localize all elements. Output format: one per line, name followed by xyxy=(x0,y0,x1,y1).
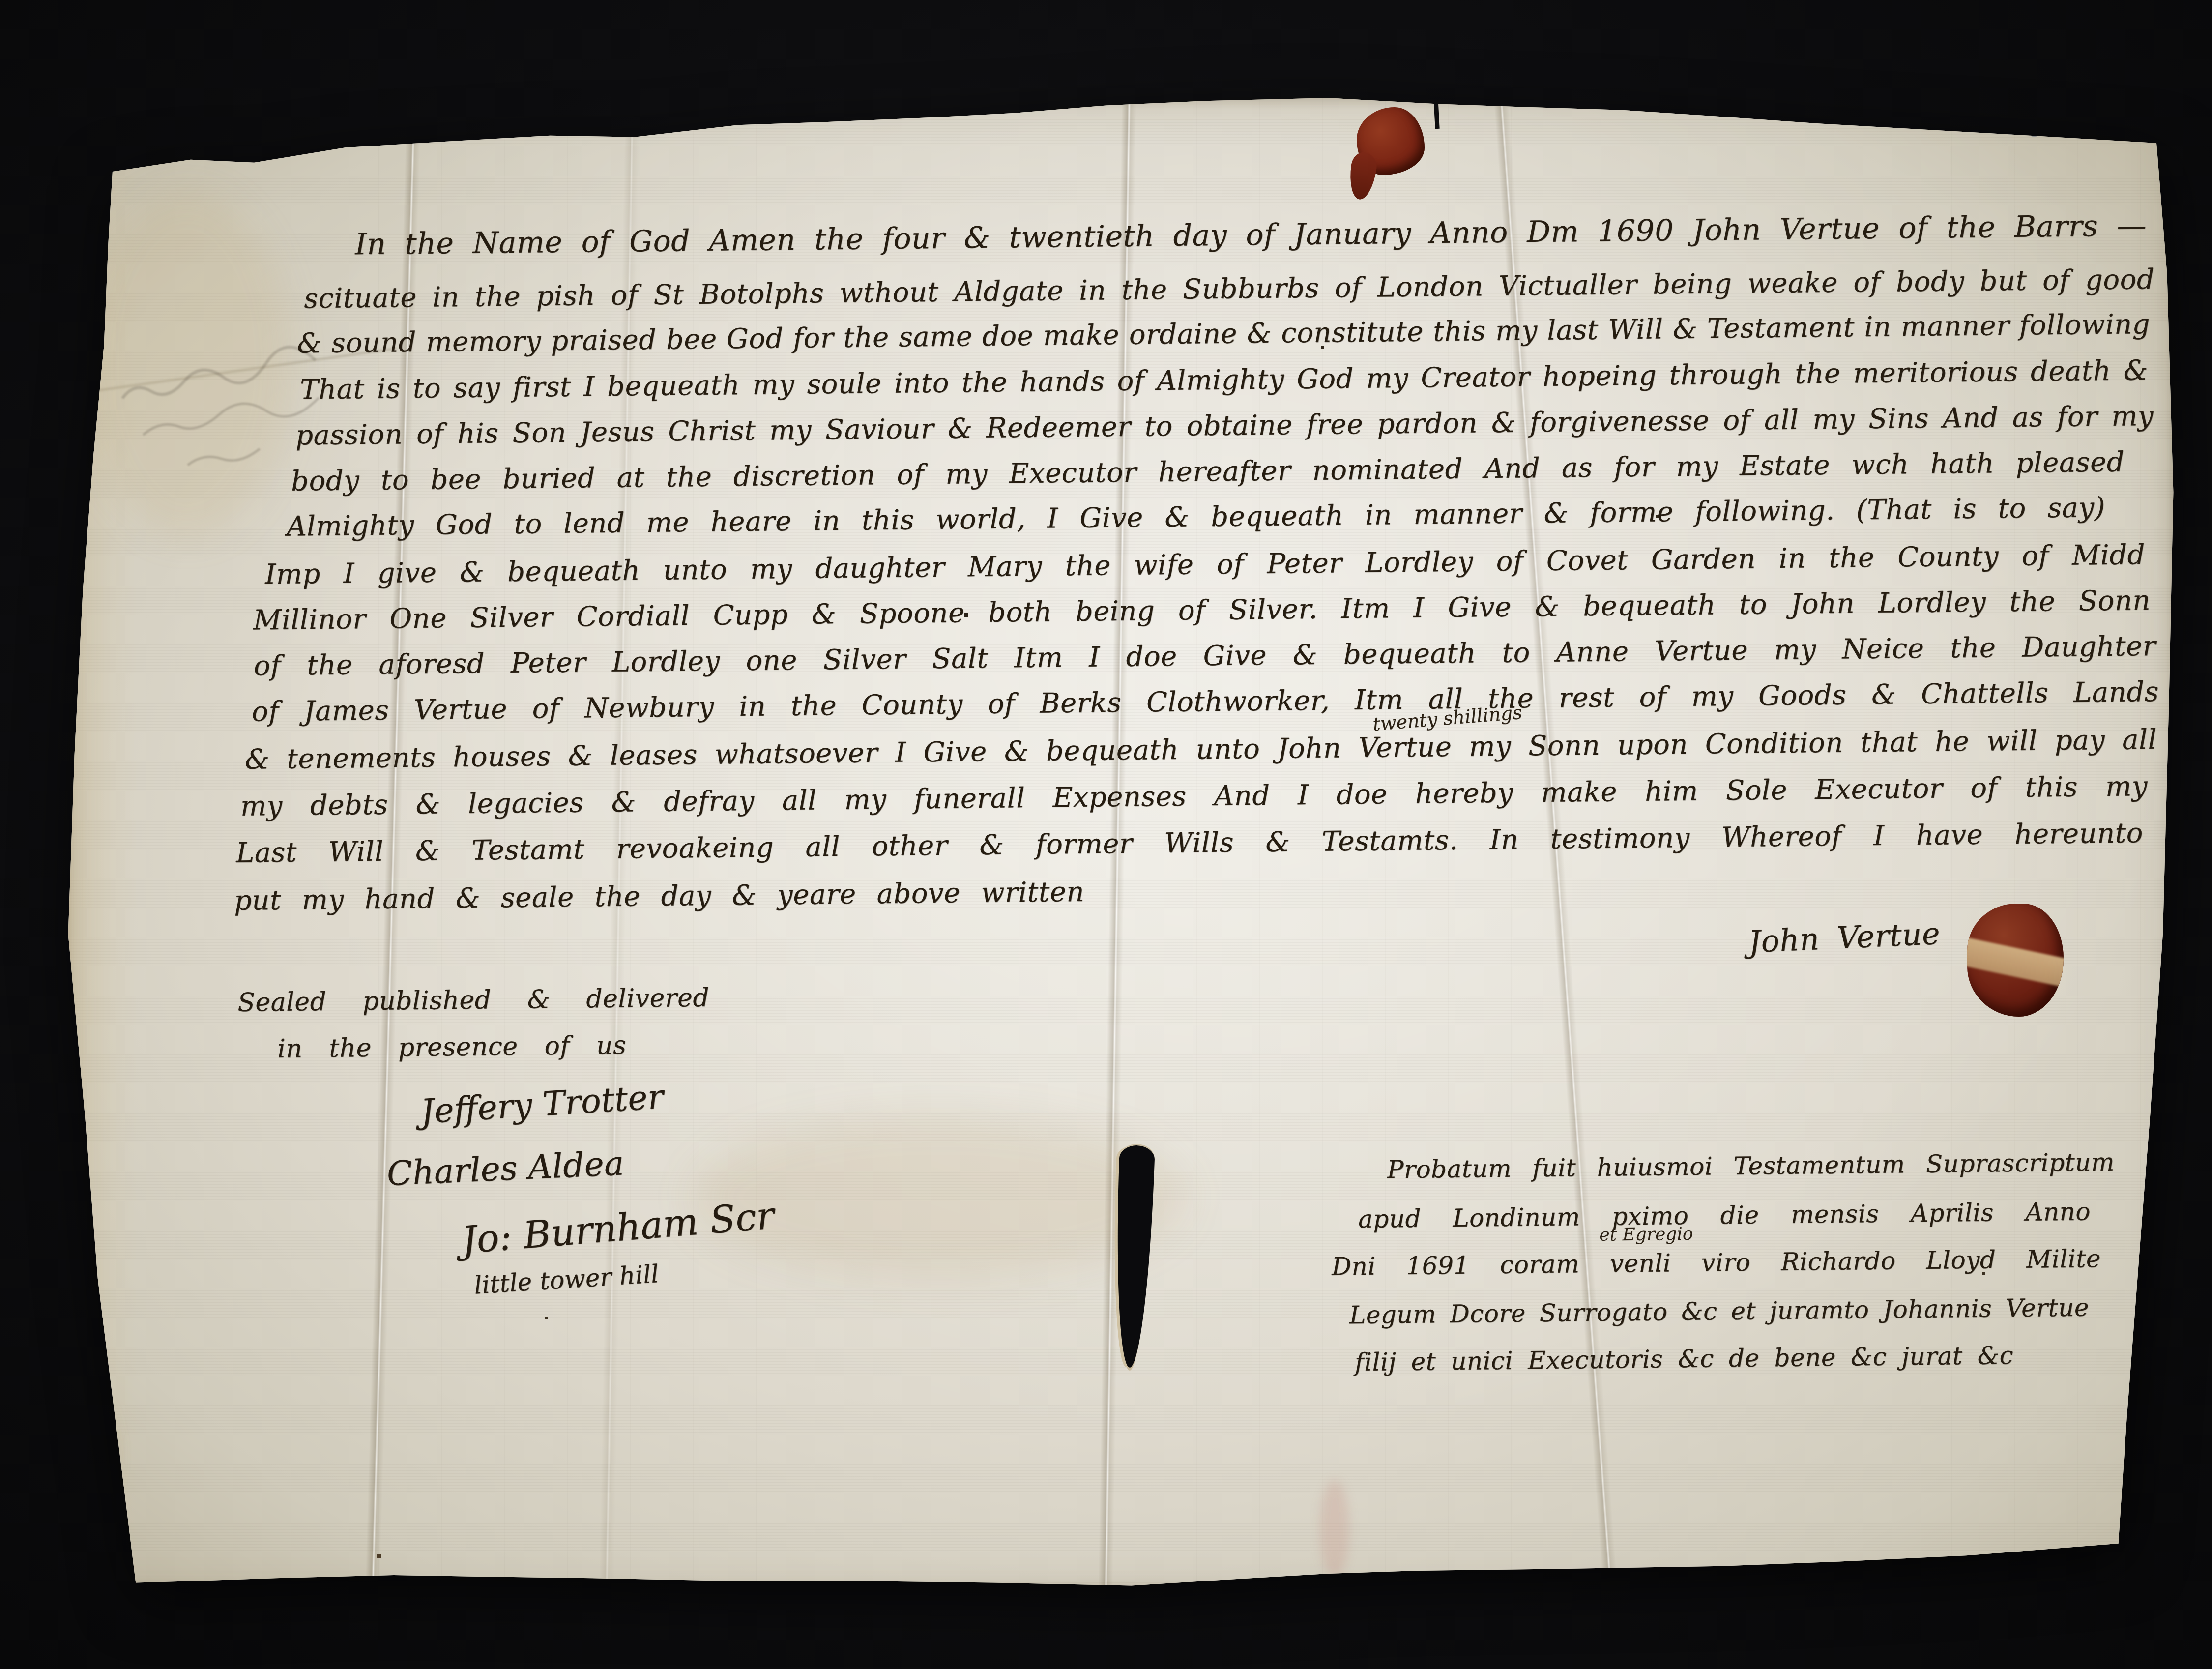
will-text-line: of James Vertue of Newbury in the County… xyxy=(252,676,2159,729)
probate-clause: Probatum fuit huiusmoi Testamentum Supra… xyxy=(56,83,2170,105)
witness-signature: Jeffery Trotter xyxy=(419,1078,665,1132)
handwritten-ink-layer: In the Name of God Amen the four & twent… xyxy=(56,83,2185,1609)
parchment-paper: In the Name of God Amen the four & twent… xyxy=(64,93,2178,1598)
wax-seal-right xyxy=(1967,904,2064,1017)
will-text-line: put my hand & seale the day & yeare abov… xyxy=(234,876,1085,917)
photo-backdrop: In the Name of God Amen the four & twent… xyxy=(0,0,2212,1669)
will-text-line: body to bee buried at the discretion of … xyxy=(291,446,2125,498)
will-text-line: my debts & legacies & defray all my fune… xyxy=(240,770,2148,823)
attestation-line: in the presence of us xyxy=(277,1029,627,1065)
folio-number: 76 xyxy=(2006,106,2047,144)
will-text-line: Millinor One Silver Cordiall Cupp & Spoo… xyxy=(253,585,2151,637)
will-text-line: scituate in the pish of St Botolphs wtho… xyxy=(304,264,2154,315)
probate-line: Probatum fuit huiusmoi Testamentum Supra… xyxy=(1387,1146,2115,1186)
testator-signature: John Vertue xyxy=(1748,917,1941,959)
stain xyxy=(42,624,71,698)
witness-signature: Charles Aldea xyxy=(386,1144,625,1194)
probate-line: Legum Dcore Surrogato &c et juramto Joha… xyxy=(1349,1291,2090,1331)
manuscript-sheet: In the Name of God Amen the four & twent… xyxy=(64,93,2178,1598)
will-text-line: In the Name of God Amen the four & twent… xyxy=(355,209,2147,261)
ink-specks xyxy=(64,93,65,94)
will-text-line: Last Will & Testamt revoakeing all other… xyxy=(236,817,2143,870)
will-text-line: That is to say first I bequeath my soule… xyxy=(300,354,2148,406)
probate-line: apud Londinum pximo die mensis Aprilis A… xyxy=(1358,1195,2091,1235)
will-text-line: Almighty God to lend me heare in this wo… xyxy=(287,492,2105,543)
probate-line: filij et unici Executoris &c de bene &c … xyxy=(1355,1339,2014,1378)
stain xyxy=(34,1391,108,1519)
attestation-line: Sealed published & delivered xyxy=(237,982,710,1019)
will-text-line: passion of his Son Jesus Christ my Savio… xyxy=(295,400,2154,452)
witness-address: little tower hill xyxy=(473,1259,660,1300)
will-text-line: & tenements houses & leases whatsoever I… xyxy=(245,724,2157,776)
will-text-line: Imp I give & bequeath unto my daughter M… xyxy=(265,539,2145,591)
will-text-line: of the aforesd Peter Lordley one Silver … xyxy=(254,630,2156,683)
will-text-line: & sound memory praised bee God for the s… xyxy=(297,308,2150,360)
probate-interlined-insertion: et Egregio xyxy=(1599,1224,1693,1245)
edge-tear xyxy=(440,99,449,142)
probate-line: Dni 1691 coram venli viro Richardo Lloyd… xyxy=(1332,1242,2101,1283)
witness-signature: Jo: Burnham Scr xyxy=(460,1193,776,1262)
